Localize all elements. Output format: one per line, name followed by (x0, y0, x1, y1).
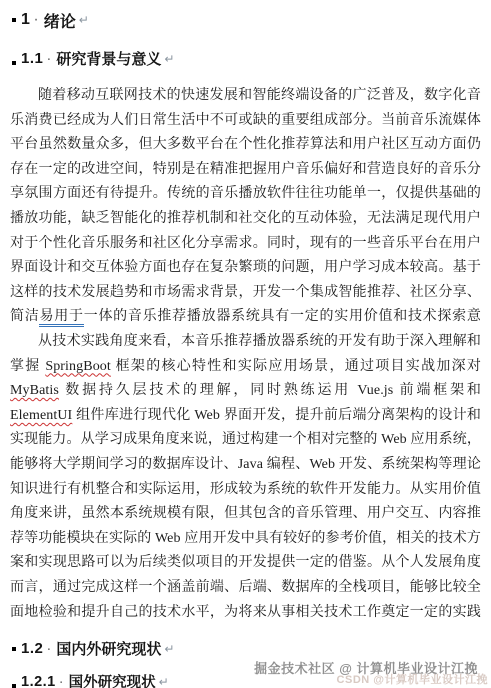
keep-with-next-marker-icon (12, 61, 16, 65)
heading-number: 1.2.1 (21, 674, 56, 688)
heading-title: 国外研究现状 (69, 671, 156, 688)
space-formatting-mark: · (46, 640, 51, 657)
text-run-spell: SpringBoot (45, 359, 111, 374)
text-run: 随着移动互联网技术的快速发展和智能终端设备的广泛普及，数字化音乐消费已经成为人们… (10, 88, 481, 324)
space-formatting-mark: · (59, 674, 64, 688)
body-paragraph-2: 从技术实践角度来看，本音乐推荐播放器系统的开发有助于深入理解和掌握 Spring… (10, 330, 481, 626)
watermark-csdn: CSDN @计算机毕业设计江挽 (337, 671, 488, 687)
heading-number: 1.1 (21, 50, 43, 67)
heading-title: 研究背景与意义 (56, 48, 161, 69)
heading-chapter-1: 1 · 绪论 ↵ (12, 10, 481, 30)
heading-number: 1.2 (21, 640, 43, 657)
heading-title: 绪论 (44, 9, 76, 32)
heading-number: 1 (21, 11, 30, 29)
text-run: 组件库进行现代化 Web 界面开发，提升前后端分离架构的设计和实现能力。从学习成… (10, 408, 481, 626)
text-run: 框架的核心特性和实际应用场景，通过项目实战加深对 (111, 359, 481, 374)
paragraph-mark-icon: ↵ (164, 642, 174, 656)
keep-with-next-marker-icon (12, 18, 16, 22)
text-run: 数据持久层技术的理解，同时熟练运用 Vue.js 前端框架和 (59, 383, 481, 398)
paragraph-mark-icon: ↵ (159, 675, 169, 688)
document-page: 1 · 绪论 ↵ 1.1 · 研究背景与意义 ↵ 随着移动互联网技术的快速发展和… (0, 0, 491, 688)
body-paragraph-1: 随着移动互联网技术的快速发展和智能终端设备的广泛普及，数字化音乐消费已经成为人们… (10, 84, 481, 330)
heading-section-1-2: 1.2 · 国内外研究现状 ↵ (12, 639, 481, 658)
heading-title: 国内外研究现状 (56, 638, 161, 659)
text-run-spell: MyBatis (10, 383, 59, 398)
keep-with-next-marker-icon (12, 647, 16, 651)
space-formatting-mark: · (46, 50, 51, 67)
text-run-spell: ElementUI (10, 408, 72, 423)
text-run-grammar: 易用于 (39, 309, 83, 327)
space-formatting-mark: · (33, 11, 38, 29)
heading-section-1-1: 1.1 · 研究背景与意义 ↵ (12, 49, 481, 68)
paragraph-mark-icon: ↵ (164, 52, 174, 66)
paragraph-mark-icon: ↵ (79, 13, 89, 27)
keep-with-next-marker-icon (12, 684, 16, 688)
